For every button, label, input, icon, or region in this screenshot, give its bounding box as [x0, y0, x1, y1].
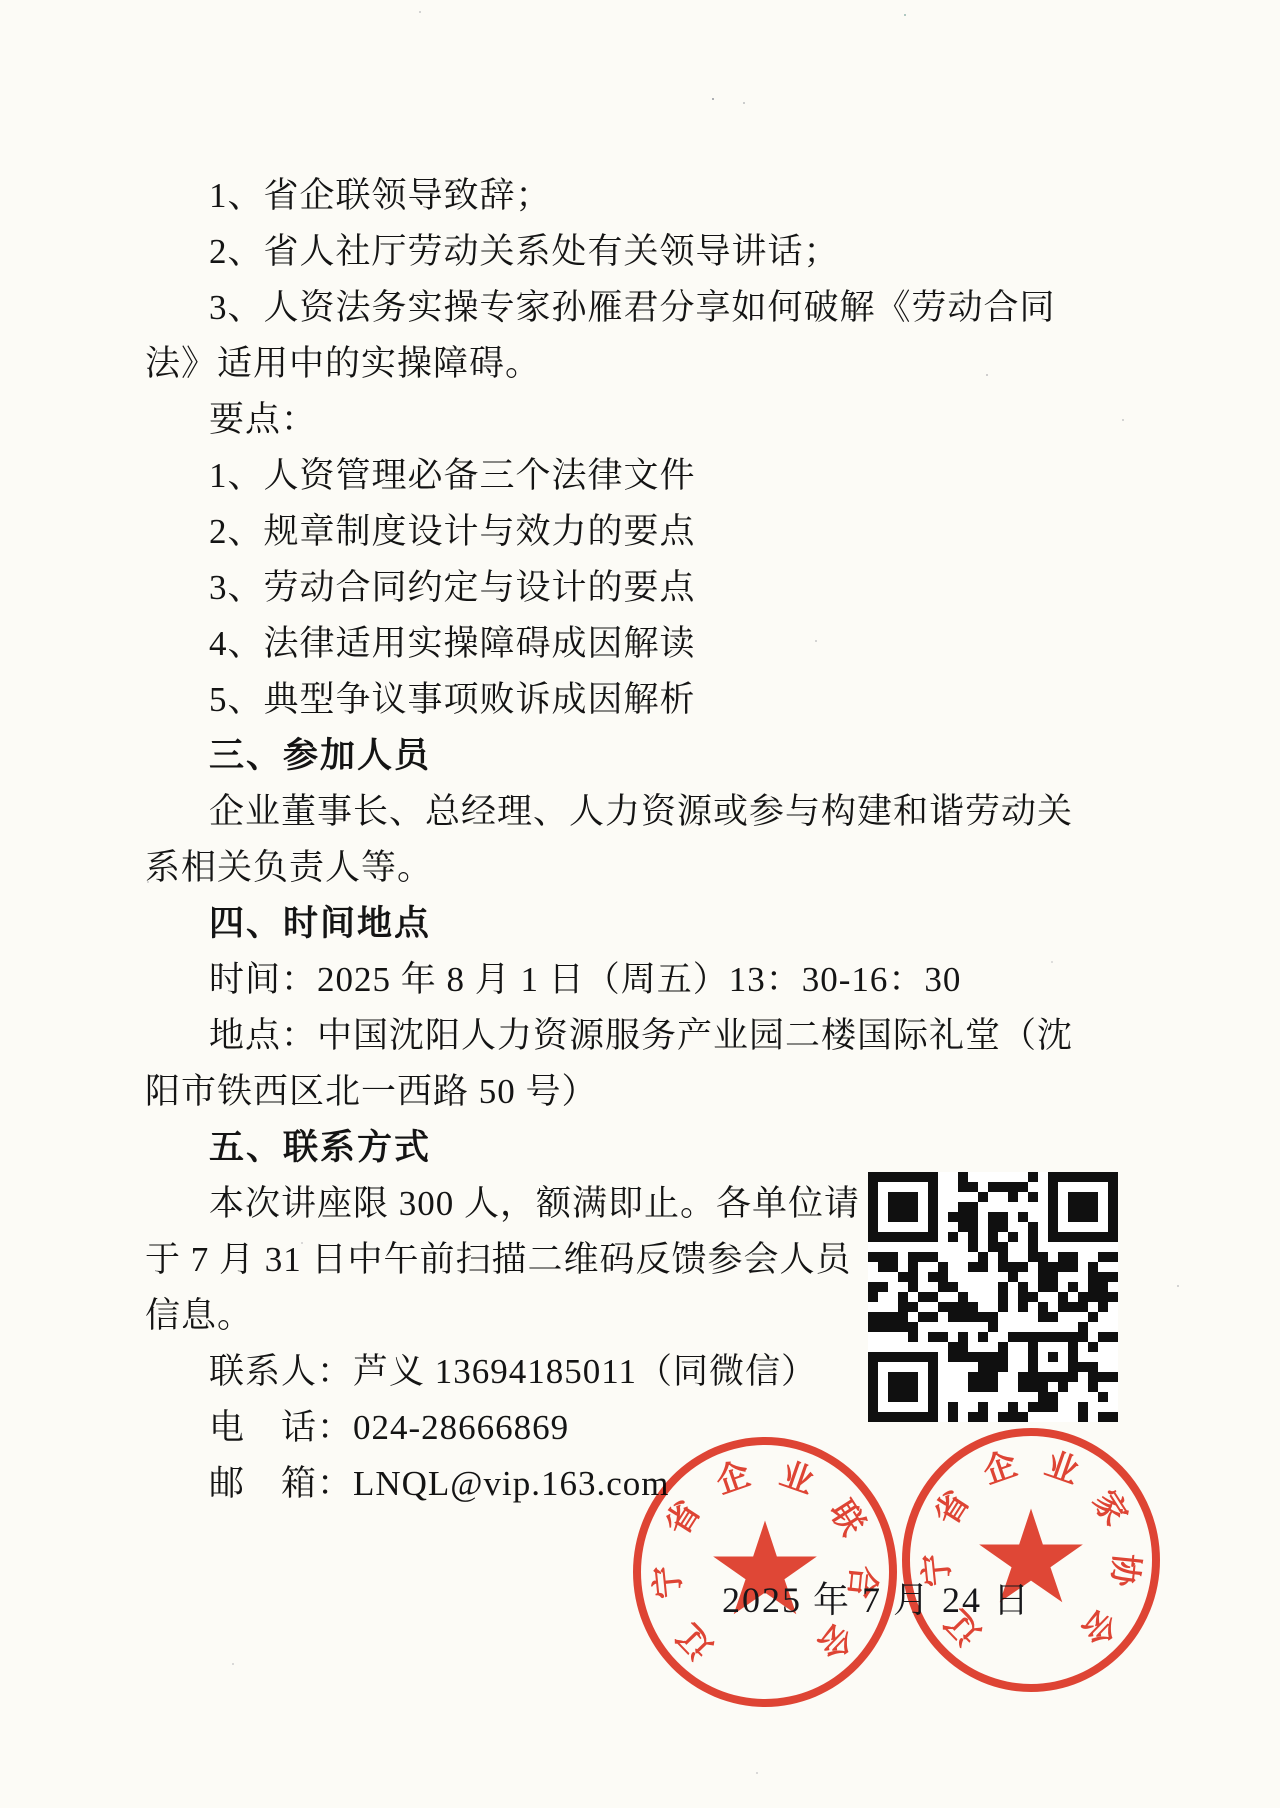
seal-character: 辽 [668, 1615, 722, 1669]
seal-character: 家 [1084, 1482, 1136, 1534]
doc-line: 1、人资管理必备三个法律文件 [0, 448, 1280, 504]
scanned-document-page: { "page": { "background": "#fcfbf6", "te… [0, 0, 1280, 1808]
seal-character: 宁 [648, 1561, 690, 1603]
seal-character: 企 [709, 1453, 757, 1501]
doc-line: 3、劳动合同约定与设计的要点 [0, 560, 1280, 616]
seal-character: 省 [926, 1482, 978, 1534]
doc-line: 3、人资法务实操专家孙雁君分享如何破解《劳动合同 [0, 280, 1280, 336]
seal-character: 企 [976, 1444, 1024, 1492]
doc-line: 企业董事长、总经理、人力资源或参与构建和谐劳动关 [0, 784, 1280, 840]
seal-character: 协 [1104, 1549, 1146, 1591]
doc-line: 1、省企联领导致辞； [0, 168, 1280, 224]
seal-character: 省 [657, 1492, 709, 1544]
issue-date: 2025 年 7 月 24 日 [722, 1572, 1031, 1623]
registration-qr-code [868, 1172, 1118, 1422]
doc-line: 4、法律适用实操障碍成因解读 [0, 616, 1280, 672]
doc-line: 5、典型争议事项败诉成因解析 [0, 672, 1280, 728]
doc-line: 时间：2025 年 8 月 1 日（周五）13：30-16：30 [0, 952, 1280, 1008]
seal-character: 业 [1038, 1444, 1086, 1492]
section-heading-participants: 三、参加人员 [0, 728, 1280, 784]
seal-character: 会 [1072, 1601, 1126, 1655]
doc-line: 2、规章制度设计与效力的要点 [0, 504, 1280, 560]
doc-line: 要点： [0, 392, 1280, 448]
seal-character: 联 [820, 1492, 872, 1544]
doc-line: 阳市铁西区北一西路 50 号） [0, 1064, 1280, 1120]
doc-line: 地点：中国沈阳人力资源服务产业园二楼国际礼堂（沈 [0, 1008, 1280, 1064]
doc-line: 法》适用中的实操障碍。 [0, 336, 1280, 392]
doc-line: 系相关负责人等。 [0, 840, 1280, 896]
doc-line: 2、省人社厅劳动关系处有关领导讲话； [0, 224, 1280, 280]
section-heading-time-place: 四、时间地点 [0, 896, 1280, 952]
section-heading-contact: 五、联系方式 [0, 1120, 1280, 1176]
seal-character: 业 [773, 1453, 821, 1501]
seal-liaoning-entrepreneurs-association: 辽宁省企业家协会 [902, 1428, 1160, 1692]
